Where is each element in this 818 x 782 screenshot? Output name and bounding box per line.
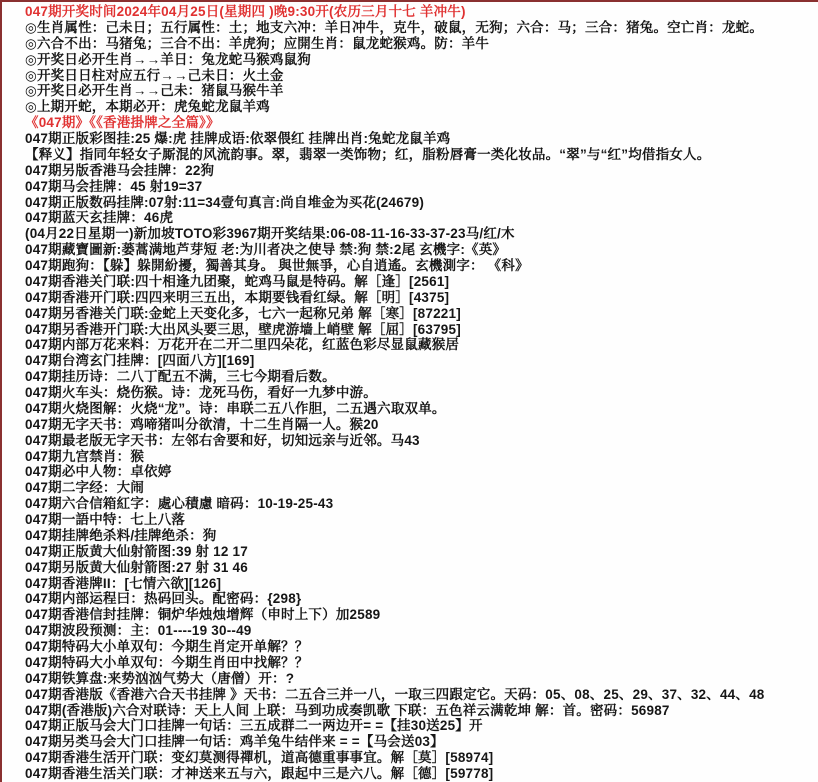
text-line-34: 047期挂牌绝杀料/挂牌绝杀：狗 [25, 528, 814, 544]
text-line-14: 047期蓝天玄挂牌：46虎 [25, 210, 814, 226]
text-line-7: ◎上期开蛇，本期必开：虎兔蛇龙鼠羊鸡 [25, 99, 814, 115]
text-line-12: 047期马会挂牌：45 射19=37 [25, 179, 814, 195]
text-line-29: 047期九宫禁肖：猴 [25, 449, 814, 465]
text-line-22: 047期内部万花来料：万花开在二开二里四朵花，红蓝色彩尽显鼠藏猴居 [25, 337, 814, 353]
text-line-38: 047期内部运程曰：热码回头。配密码：{298} [25, 591, 814, 607]
text-line-11: 047期另版香港马会挂牌：22狗 [25, 163, 814, 179]
text-line-23: 047期台湾玄门挂牌：[四面八方][169] [25, 353, 814, 369]
text-line-21: 047期另香港开门联:大出风头要三思，壁虎游墙上峭壁 解［屈］[63795] [25, 322, 814, 338]
text-line-10: 【释义】指同年轻女子厮混的风流韵事。翠，翡翠一类饰物；红，脂粉唇膏一类化妆品。“… [25, 147, 814, 163]
text-line-27: 047期无字天书：鸡啼猪叫分欲清，十二生肖隔一人。猴20 [25, 417, 814, 433]
text-line-3: ◎六合不出：马猪兔；三合不出：羊虎狗；应開生肖：鼠龙蛇猴鸡。防：羊牛 [25, 36, 814, 52]
text-line-44: 047期香港版《香港六合天书挂牌 》天书：二五合三并一八，一取三四跟定它。天码：… [25, 687, 814, 703]
text-line-6: ◎开奖日必开生肖→→己未：猪鼠马猴牛羊 [25, 83, 814, 99]
text-line-28: 047期最老版无字天书：左邻右舍要和好，切知远亲与近邻。马43 [25, 433, 814, 449]
text-line-24: 047期挂历诗：二八丁配五不满，三七今期看后数。 [25, 369, 814, 385]
text-line-13: 047期正版数码挂牌:07射:11=34壹句真言:尚自堆金为买花(24679) [25, 195, 814, 211]
text-line-16: 047期藏寶圖新:蒌蒿满地芦芽短 老:为川者决之使导 禁:狗 禁:2尾 玄機字:… [25, 242, 814, 258]
text-line-18: 047期香港关门联:四十相逢九团聚，蛇鸡马鼠是特码。解［逢］[2561] [25, 274, 814, 290]
text-line-5: ◎开奖日日柱对应五行→→己未日：火土金 [25, 68, 814, 84]
text-line-42: 047期特码大小单双句：今期生肖田中找解？？ [25, 655, 814, 671]
text-line-15: (04月22日星期一)新加坡TOTO彩3967期开奖结果:06-08-11-16… [25, 226, 814, 242]
text-line-26: 047期火烧图解：火烧“龙”。诗：串联二五八作胆，二五遇六取双单。 [25, 401, 814, 417]
text-line-30: 047期必中人物：卓依婷 [25, 464, 814, 480]
text-line-33: 047期一語中特：七上八落 [25, 512, 814, 528]
text-line-25: 047期火车头：烧伤猴。诗：龙死马伤，看好一九梦中游。 [25, 385, 814, 401]
text-line-4: ◎开奖日必开生肖→→羊日：兔龙蛇马猴鸡鼠狗 [25, 52, 814, 68]
text-line-8: 《047期》《《香港掛牌之全篇》》 [25, 115, 814, 131]
text-line-49: 047期香港生活关门联：才神送来五与六，跟起中三是六八。解［德］[59778] [25, 766, 814, 782]
text-line-47: 047期另类马会大门口挂牌一句话：鸡羊兔牛结伴来 = =【马会送03】 [25, 734, 814, 750]
text-line-31: 047期二字经：大闹 [25, 480, 814, 496]
text-line-45: 047期(香港版)六合对联诗：天上人间 上联：马到功成奏凯歌 下联：五色祥云满乾… [25, 703, 814, 719]
text-line-40: 047期波段预测：主：01----19 30--49 [25, 623, 814, 639]
text-line-20: 047期另香港关门联:金蛇上天变化多，七六一起称兄弟 解［寒］[87221] [25, 306, 814, 322]
text-line-1: 047期开奖时间2024年04月25日(星期四 )晚9:30开(农历三月十七 羊… [25, 4, 814, 20]
text-line-9: 047期正版彩图挂:25 爆:虎 挂牌成语:依翠偎红 挂牌出肖:兔蛇龙鼠羊鸡 [25, 131, 814, 147]
text-line-35: 047期正版黄大仙射箭图:39 射 12 17 [25, 544, 814, 560]
lottery-tips-page: 047期开奖时间2024年04月25日(星期四 )晚9:30开(农历三月十七 羊… [0, 0, 818, 782]
text-line-19: 047期香港开门联:四四来明三五出，本期要钱看红绿。解［明］[4375] [25, 290, 814, 306]
text-line-46: 047期正版马会大门口挂牌一句话：三五成群二一两边开= =【挂30送25】开 [25, 718, 814, 734]
text-line-43: 047期铁算盘:来势汹汹气势大（唐僧）开：? [25, 671, 814, 687]
text-line-36: 047期另版黄大仙射箭图:27 射 31 46 [25, 560, 814, 576]
text-line-39: 047期香港信封挂牌：铜炉华烛烛增辉（申时上下）加2589 [25, 607, 814, 623]
text-line-41: 047期特码大小单双句：今期生肖定开单解？？ [25, 639, 814, 655]
text-line-32: 047期六合信箱紅字：處心積慮 暗码：10-19-25-43 [25, 496, 814, 512]
text-line-17: 047期跑狗：【躲】躲開紛擾，獨善其身。 與世無爭，心自逍遙。玄機測字： 《科》 [25, 258, 814, 274]
text-line-2: ◎生肖属性：己未日；五行属性：土；地支六冲：羊日冲牛，克牛，破鼠，无狗；六合：马… [25, 20, 814, 36]
text-line-37: 047期香港牌II：[七情六欲][126] [25, 576, 814, 592]
content-lines: 047期开奖时间2024年04月25日(星期四 )晚9:30开(农历三月十七 羊… [25, 4, 814, 782]
text-line-48: 047期香港生活开门联：变幻莫测得禪机，道高德重事事宜。解［莫］[58974] [25, 750, 814, 766]
